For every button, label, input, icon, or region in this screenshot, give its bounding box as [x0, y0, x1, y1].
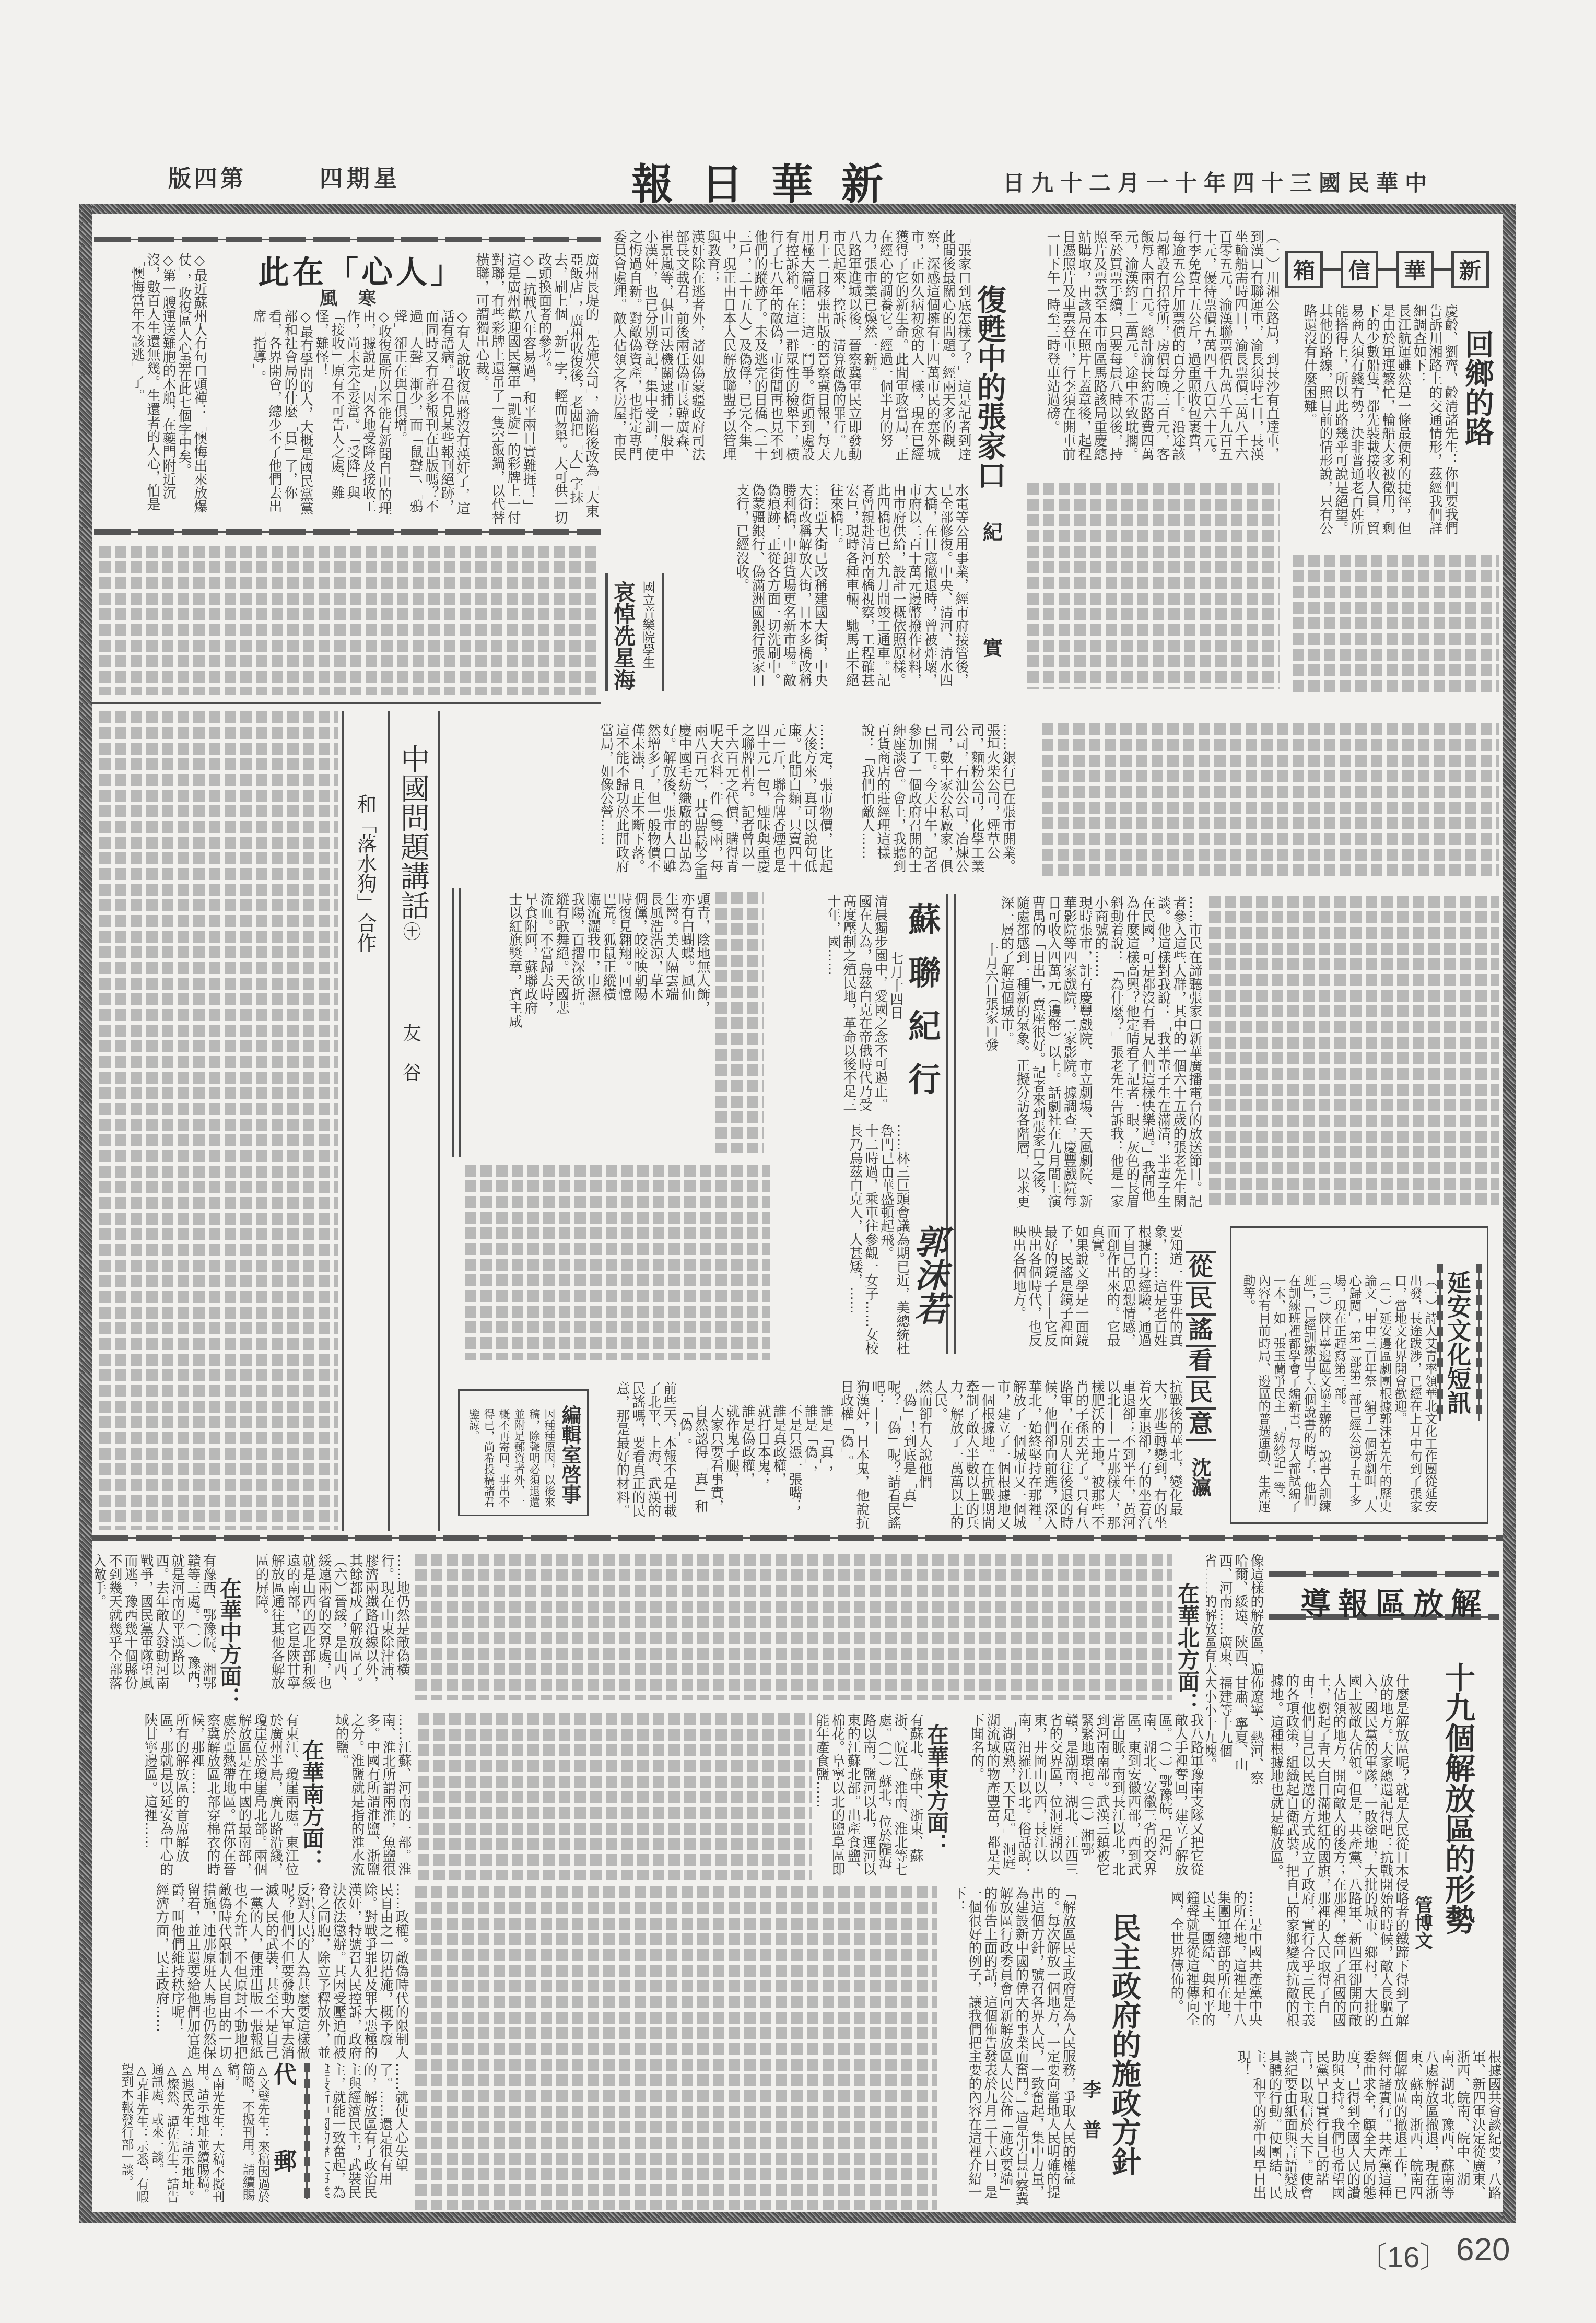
paragraph: 然而卻有人說他們「偽」！到底是「真」呢？「偽」呢？請看民謠吧：—— [870, 1380, 932, 1530]
paragraph: ……是中國共產黨中央的所在地，這裡是十八集團軍總部的所在地，民主、團結、與和平的… [1168, 1891, 1262, 2034]
paragraph: ……林三巨頭會議為期已近，美總統杜魯門已由華盛頓起飛。 [878, 1124, 910, 1359]
section-body: 有豫西、鄂豫皖、湘鄂贛等三處。（一）豫西，就是河南的平漢路以西。去年敵人發動河南… [95, 1554, 216, 1700]
mail-item: △遐民先生：請示地址。 [179, 2063, 194, 2204]
article-body: 廣州長堤的「先施公司」，淪陷後改為「大東亞飯店」，廣州收復後，老闆把「大」字抹去… [473, 253, 599, 524]
article-body: ……銀行已在張市開業。張垣火柴公司，煙草公司，麵粉公司，化學工業公司，石油公司，… [836, 723, 1016, 880]
poem-line: 生醫。美人隔雲端 [663, 892, 679, 1153]
article-body: 七月十四日 清晨獨步園中，愛國之念不可遏止。國在人為，烏茲白克在帝俄時代乃受高度… [767, 894, 903, 1119]
paragraph: 水電等公用事業，經市府接管後，已全部修復。中央、清河、清水四大橋，在日寇撤退時，… [828, 483, 969, 689]
article-body: （一）川湘公路局，到長沙有直達車，到漢口有聯運車，渝長須時七日，長漢坐輪船需時四… [1025, 230, 1280, 470]
section-body: ……江蘇、河南的一部。淮南、淮北所謂兩淮，魚鹽很多。中國有所謂淮鹽、浙鹽之分。淮… [328, 1713, 412, 1880]
label-char: 華 [1396, 251, 1434, 288]
mail-title-char: 代 [274, 2064, 297, 2087]
newspaper-page: 第四版 星期四 新華日報 中華民國三十四年十一月二十九日 「人心」在此 寒風 廣… [0, 0, 1596, 2323]
label-char: 箱 [1285, 251, 1323, 288]
rhyme-line: 誰是「真」， [818, 1381, 834, 1530]
section-body: 我八路軍豫南支隊又把它從敵人手裡奪回，建立了解放區。（二）鄂豫皖，是河南、湖北、… [950, 1713, 1204, 1880]
dateline: 十月六日張家口發 [983, 896, 999, 1209]
article-title: 十九個解放區的形勢 [1442, 1662, 1473, 1934]
rhyme-line: 誰是偽政權， [740, 1381, 755, 1530]
article-subtitle: 和「落水狗」合作 [355, 794, 375, 953]
illegible-text-columns [1206, 896, 1499, 1209]
article-body: 「解放區民主政府是為人民服務，爭取人民的權益的。每次解放一個地方，一定要向當地人… [940, 1886, 1076, 2210]
article-body: ……就使人心失望了。……還是很有用的，解放區有了政治民主與經濟民主，武裝民主，就… [325, 2063, 408, 2209]
article-body: ……市民在諦聽張家口新華廣播電台的放送節目。記者參入這些人群，其中的一個六十五歲… [961, 896, 1202, 1209]
item: ◇收復區所以不能有新聞自由的理由，據說是「因各地受降及接收工作，尚未完全妥當。」… [313, 309, 392, 524]
illegible-text-columns [97, 711, 338, 1530]
frame-right-border [1503, 204, 1516, 2223]
illegible-text-columns [97, 546, 598, 695]
item: 廣州長堤的「先施公司」，淪陷後改為「大東亞飯店」，廣州收復後，老闆把「大」字抹去… [536, 253, 599, 524]
author-char: 李 [1083, 2081, 1101, 2100]
illegible-text-columns [413, 1886, 937, 2210]
issue-date: 中華民國三十四年十一月二十九日 [995, 166, 1434, 197]
paragraph: 如果說文學是一面鏡子，民謠是鏡子裡面最好的鏡子——它反映出各個時代，也反映出各個… [1011, 1225, 1089, 1358]
paragraph: 「張家口到底怎樣了？」這是記者到達此間後最關心的問題。經兩天多的觀察，深感這個擁… [862, 230, 971, 467]
poem-line: 臨流灑我巾，巾濕 [585, 892, 601, 1153]
paragraph: 什麼是解放區呢？就是人民從日本侵略者的鐵蹄下得到了解放的地方。大家總還記得吧：抗… [1268, 1674, 1409, 2034]
section-body: ……地仍然是敵偽橫行。現在山東除津浦、膠濟兩鐵路沿線以外，其餘都成了解放區了。（… [243, 1554, 410, 1700]
title-char: 看 [1186, 1345, 1216, 1376]
paragraph: ……定，張市物價，比起大後方來，真可以說句低廉。此間白麵，只賣四十元一斤，聯合牌… [598, 723, 833, 880]
item: ◇最有學問的人，大概是國民黨黨部和社會局的什麼「員」了，你看，各界開會，總少不了… [251, 309, 313, 524]
mail-divider [303, 2063, 310, 2199]
article-body: 抗戰後的華北，變化最大，那些轉變到，有的坐着火車退卻，有的坐着汽車退卻；不到半年… [836, 1380, 1183, 1530]
article-body: 「張家口到底怎樣了？」這是記者到達此間後最關心的問題。經兩天多的觀察，深感這個擁… [611, 230, 971, 467]
frame-bottom-border [79, 2212, 1516, 2223]
paragraph: 因種種原因，以後來稿，除聲明必須退還並附足郵資者外，一概不再寄回。事出不得已，尚… [466, 1409, 557, 1510]
paragraph: ……江蘇、河南的一部。淮南、淮北所謂兩淮，魚鹽很多。中國有所謂淮鹽、浙鹽之分。淮… [333, 1713, 412, 1880]
title-char: 從 [1186, 1251, 1216, 1282]
article-body: ◇有人說收復區將沒有漢奸了，這話有語病。君不見某些報刊絕跡，而同時又有許多報刊在… [209, 309, 470, 524]
paragraph: 有蘇北、蘇中、浙東、蘇浙、皖江、淮南、淮北等七處。（一）蘇北，位於隴海路以南，鹽… [815, 1713, 923, 1880]
installment-number: ㊉ [403, 923, 421, 941]
column-label-xinhua-mailbox: 新 華 信 箱 [1285, 248, 1489, 291]
news-item: （二）延安邊區劇團根據郭沫若先生的歷史論文「甲申三百年祭」編了一個新劇叫「人心歸… [1331, 1274, 1392, 1517]
paragraph: 根據國共會談紀要，八路軍、新四軍決定從廣東、浙西、皖南、皖中、湖南、湖北、豫西、… [1235, 2050, 1501, 2209]
label-char: 新 [1451, 251, 1489, 288]
article-body: ……是中國共產黨中央的所在地，這裡是十八集團軍總部的所在地，民主、團結、與和平的… [1155, 1891, 1262, 2034]
author-char: 紀 [983, 522, 1003, 542]
title-char: 民 [1186, 1376, 1216, 1407]
poem-line: 頭青，陰地無人飾， [695, 892, 710, 1153]
article-body: （一）詩人艾青率領華北文化工作團從延安出發，長途跋涉，已經在上月中旬到了張家口，… [1234, 1274, 1437, 1517]
illegible-text-columns [462, 1165, 770, 1360]
rhyme-line: 誰是真政權， [771, 1381, 787, 1530]
notice-body: 因種種原因，以後來稿，除聲明必須退還並附足郵資者外，一概不再寄回。事出不得已，尚… [464, 1409, 557, 1510]
author-char: 普 [1083, 2121, 1101, 2140]
paragraph: 反對人民的人為甚麼要這樣做呢？他們不但要發動大軍去消滅人民的武裝，甚至不是自己一… [169, 1883, 310, 2060]
weekday-label: 星期四 [312, 160, 401, 193]
article-title: 蘇聯紀行 [906, 902, 938, 1116]
illegible-text-columns [1039, 723, 1499, 880]
mail-items: △文璧先生：來稿因過於簡略，不擬刊用。請續賜稿。 △南光先生：大稿不擬刊用。請示… [97, 2063, 270, 2204]
mail-item: △克非先生：示悉，有暇望到本報發行部一談。 [119, 2063, 149, 2204]
paragraph: 十二時過，乘車往參觀一女子……女校長乃烏茲白克人，人甚矮，…… [847, 1124, 878, 1359]
column-rule [438, 711, 440, 1531]
article-intro: 什麼是解放區呢？就是人民從日本侵略者的鐵蹄下得到了解放的地方。大家總還記得吧：抗… [1264, 1674, 1409, 2034]
poem-line: 倜儻，皎皎映朝陽 [632, 892, 648, 1153]
paragraph: 要知道一件事件的真象，……這是老百姓根據自身經驗，通過了自己的思想情感，而創作出… [1089, 1225, 1183, 1358]
section-heading-north: 在華北方面： [1176, 1582, 1198, 1714]
elegy-title: 哀悼冼星海 [612, 581, 634, 690]
paragraph: ……銀行已在張市開業。張垣火柴公司，煙草公司，麵粉公司，化學工業公司，石油公司，… [859, 723, 1016, 880]
paragraph: 所有的解放區的首席解放區，那就是以延安為中心的陝甘寧邊區。這裡…… [142, 1713, 189, 1880]
paragraph: 我八路軍豫南支隊又把它從敵人手裡奪回，建立了解放區。（二）鄂豫皖，是河南、湖北、… [969, 1713, 1204, 1880]
article-body: 水電等公用事業，經市府接管後，已全部修復。中央、清河、清水四大橋，在日寇撤退時，… [674, 483, 969, 689]
rhyme-line: 誰是「偽」， [802, 1381, 818, 1530]
paragraph: 現時張市，計有慶豐戲院、市立劇場、天風劇院、新華影院等四家戲院，二家影院。據調查… [999, 896, 1093, 1209]
wavy-rule-bottom [94, 527, 601, 536]
diary-date: 七月十四日 [888, 894, 903, 1119]
title-char: 謠 [1186, 1313, 1216, 1345]
label-char: 信 [1341, 251, 1378, 288]
notice-title: 編輯室啓事 [560, 1405, 580, 1504]
title-char: 民 [1186, 1282, 1216, 1313]
article-title: 回鄉的路 [1462, 329, 1492, 446]
paragraph: 經濟方面，民主政府…… [154, 1883, 169, 2060]
paragraph: 長江航運雖然是一條最便利的捷徑，但是由於軍運繁忙，輪船大多被徵用，剩下的少數船隻… [1301, 304, 1411, 544]
title-decoration [1475, 1264, 1482, 1421]
article-author: 寒風 [319, 284, 397, 310]
poem-line: 亦有白蝴蝶。風仙 [679, 892, 695, 1153]
section-body: 有東江、瓊崖兩處。東江位於廣州半島，廣九路沿綫，瓊崖位於瓊崖島北部。兩個解放區是… [95, 1713, 299, 1880]
page-number: 620 [1456, 2231, 1510, 2268]
article-title: 延安文化短訊 [1446, 1270, 1470, 1414]
column-rule [342, 711, 344, 1531]
folk-rhyme: 誰是「真」， 誰是「偽」， 不是只憑一張嘴； 誰是真政權， 就打日本鬼； 誰是偽… [594, 1381, 834, 1530]
paragraph: 有東江、瓊崖兩處。東江位於廣州半島，廣九路沿綫，瓊崖位於瓊崖島北部。兩個解放區是… [189, 1713, 299, 1880]
poem-line: 流血。不當歸去時， [538, 892, 554, 1153]
section-heading-east: 在華東方面： [925, 1723, 947, 1855]
paragraph: 像這樣的解放區，遍佈遼寧、熱河、察哈爾、綏遠、陝西、甘肅、寧夏、山西、河南……廣… [1206, 1554, 1264, 1786]
poem-box-rule [459, 888, 461, 1157]
section-heading-south: 在華南方面： [301, 1739, 323, 1871]
column-banner: 解放區報導 [1280, 1579, 1488, 1623]
paragraph: 抗戰後的華北，變化最大，那些轉變到，有的坐着火車退卻，有的坐着汽車退卻；不到半年… [932, 1380, 1183, 1530]
rhyme-line: 自然認得「真」和「偽」。 [677, 1381, 708, 1530]
item: ◇「抗戰八年容易過，和平兩日實難捱！」這是廣州歡迎國民黨軍「凱旋」的彩牌上一付對… [474, 253, 536, 524]
frame-top-border [79, 204, 1516, 214]
title-decoration [1436, 1264, 1444, 1421]
item: ◇最近蘇州人有句口頭禪：「懊悔出來放爆仗」，收復區人心盡在此七個字中矣。 [176, 253, 207, 524]
paragraph: 狗漢奸，日本鬼，他說抗日政權「偽」。 [838, 1380, 870, 1530]
article-body: 慶齡、劉齊、齡清諸先生：你們要我們告訴川湘路上的交通情形，茲經我們詳細調查如下：… [1290, 304, 1458, 544]
paragraph: 八路軍進城以後，晉察冀軍民立即發動市民起來，控訴、清算敵偽的罪行。九月十二日移張… [705, 230, 862, 467]
article-body: 像這樣的解放區，遍佈遼寧、熱河、察哈爾、綏遠、陝西、甘肅、寧夏、山西、河南……廣… [1206, 1554, 1264, 1786]
section-body: 有蘇北、蘇中、浙東、蘇浙、皖江、淮南、淮北等七處。（一）蘇北，位於隴海路以南，鹽… [815, 1713, 923, 1880]
paragraph: ……亞大街已改稱建國大街，中央大街改稱解放大街，日本多橋改稱勝利橋，中卸貨場更名… [734, 483, 828, 689]
article-body: ……定，張市物價，比起大後方來，真可以說句低廉。此間白麵，只賣四十元一斤，聯合牌… [465, 723, 833, 880]
mail-item: △文璧先生：來稿因過於簡略，不擬刊用。請續賜稿。 [225, 2063, 270, 2204]
article-body: ……政權。敵偽時代的限制人民自由之一切措施，概予廢除。對戰爭罪犯及罪大惡極的漢奸… [312, 1883, 409, 2060]
article-body: 反對人民的人為甚麼要這樣做呢？他們不但要發動大軍去消滅人民的武裝，甚至不是自己一… [95, 1883, 310, 2060]
rhyme-line: 大家只要看事實， [708, 1381, 724, 1530]
article-body: ◇最近蘇州人有句口頭禪：「懊悔出來放爆仗」，收復區人心盡在此七個字中矣。 ◇第一… [97, 253, 207, 524]
banner-rule-top [1269, 1570, 1499, 1578]
item: ◇有人說收復區將沒有漢奸了，這話有語病。君不見某些報刊絕跡，而同時又有許多報刊在… [392, 309, 470, 524]
paragraph: ……就使人心失望了。……還是很有用的，解放區有了政治民主與經濟民主，武裝民主，就… [325, 2063, 408, 2209]
masthead: 新華日報 [629, 150, 911, 210]
section-heading-central: 在華中方面： [218, 1577, 240, 1709]
illegible-text-columns [1025, 483, 1280, 689]
poem-excerpt: 頭青，陰地無人飾， 亦有白蝴蝶。風仙 生醫。美人隔雲端 長風浩浩涼，草木 倜儻，… [465, 892, 710, 1153]
section-divider [92, 702, 601, 704]
poem-line: 縱有歌舞絕。天國悲 [554, 892, 569, 1153]
poem-box-rule [452, 888, 454, 1157]
article-author: 管博文 [1413, 1896, 1431, 1949]
poem-line: 士以紅旗獎章，賓主咸 [507, 892, 522, 1153]
author-char: 友 [403, 1025, 421, 1043]
box-rule-left [605, 573, 608, 691]
paragraph: ……政權。敵偽時代的限制人民自由之一切措施，概予廢除。對戰爭罪犯及罪大惡極的漢奸… [312, 1883, 409, 2060]
paragraph: ……地仍然是敵偽橫行。現在山東除津浦、膠濟兩鐵路沿線以外，其餘都成了解放區了。（… [253, 1554, 410, 1700]
poem-line: 長風浩浩涼，草木 [648, 892, 663, 1153]
poem-line: 早食附阿，蘇聯政府 [522, 892, 538, 1153]
calligraphy-signature: 郭沫若 [911, 1225, 945, 1325]
column-rule [388, 711, 390, 1531]
poem-line: 我陽，百摺深欲折。 [569, 892, 585, 1153]
item: ◇第一艘運送難胞的木船，在夔門附近沉沒，數百人生還無幾。生還者的人心，怕是「懊悔… [129, 253, 176, 524]
page-section-label: 第四版 [163, 160, 247, 193]
mail-title-char: 郵 [274, 2151, 297, 2174]
poem-line: 巴荒。狐鼠正縱橫 [601, 892, 616, 1153]
paragraph: 慶齡、劉齊、齡清諸先生：你們要我們告訴川湘路上的交通情形，茲經我們詳細調查如下： [1411, 304, 1458, 544]
title-char: 意 [1186, 1407, 1216, 1441]
news-item: （一）詩人艾青率領華北文化工作團從延安出發，長途跋涉，已經在上月中旬到了張家口，… [1392, 1274, 1437, 1517]
illegible-text-columns [1290, 555, 1499, 696]
illegible-text-columns [413, 1554, 1172, 1700]
paragraph: 清晨獨步園中，愛國之念不可遏止。國在人為，烏茲白克在帝俄時代乃受高度壓制之殖民地… [825, 894, 888, 1119]
paragraph: ……市民在諦聽張家口新華廣播電台的放送節目。記者參入這些人群，其中的一個六十五歲… [1093, 896, 1202, 1209]
wavy-rule-top [94, 235, 601, 243]
rhyme-line: 就作鬼子腿， [724, 1381, 740, 1530]
news-item: （三）陝甘寧邊區文協主辦的「說書人訓練班」，已經訓練出了六個說書的瞎子，他們在訓… [1240, 1274, 1331, 1517]
volume-page-marker: 〔16〕 [1358, 2234, 1449, 2276]
double-rule [954, 894, 956, 1354]
poem-line: 時復見翱翔。回憶 [616, 892, 632, 1153]
article-body: ……林三巨頭會議為期已近，美總統杜魯門已由華盛頓起飛。 十二時過，乘車往參觀一女… [773, 1124, 910, 1359]
illegible-text-columns [713, 892, 764, 1153]
illegible-text-columns [415, 1713, 812, 1880]
rhyme-line: 就打日本鬼； [755, 1381, 771, 1530]
elegy-byline: 國立音樂院學生 [641, 581, 654, 668]
author-char: 實 [983, 638, 1003, 658]
paragraph: 前些天，本報不是刊載了北平、上海、武漢的民謠嗎，要看真正的民意，那是最好的材料。 [614, 1381, 677, 1530]
paragraph: 「解放區民主政府是為人民服務，爭取人民的權益的。每次解放一個地方，一定要向當地人… [950, 1886, 1076, 2210]
mail-item: △南光先生：大稿不擬刊用。請示地址並續賜稿。 [194, 2063, 225, 2204]
article-title: 中國問題講話 [398, 744, 427, 920]
rhyme-line: 不是只憑一張嘴； [787, 1381, 802, 1530]
box-rule-right [662, 573, 664, 691]
article-author: 沈瀛 [1190, 1457, 1210, 1497]
article-title: 復甦中的張家口 [975, 285, 1004, 489]
author-char: 谷 [403, 1064, 421, 1083]
mail-item: △燦然、譚佐先生：請告通訊處，或來一談。 [149, 2063, 179, 2204]
frame-left-border [79, 204, 92, 2223]
paragraph: （一）川湘公路局，到長沙有直達車，到漢口有聯運車，渝長須時七日，長漢坐輪船需時四… [1045, 230, 1280, 470]
article-conclusion: 根據國共會談紀要，八路軍、新四軍決定從廣東、浙西、皖南、皖中、湖南、湖北、豫西、… [1159, 2050, 1501, 2209]
article-title: 從 民 謠 看 民 意 [1186, 1251, 1216, 1441]
section-separator [92, 1533, 1503, 1542]
paragraph: 有豫西、鄂豫皖、湘鄂贛等三處。（一）豫西，就是河南的平漢路以西。去年敵人發動河南… [95, 1554, 216, 1700]
article-title: 民主政府的施政方針 [1109, 1913, 1139, 2176]
article-body: 要知道一件事件的真象，……這是老百姓根據自身經驗，通過了自己的思想情感，而創作出… [961, 1225, 1183, 1358]
paragraph: 漢奸除在逃者外，諸如偽蒙疆政府司法部長文載君，前後兩任偽市長韓廣森、崔景嵐等，俱… [611, 230, 705, 467]
